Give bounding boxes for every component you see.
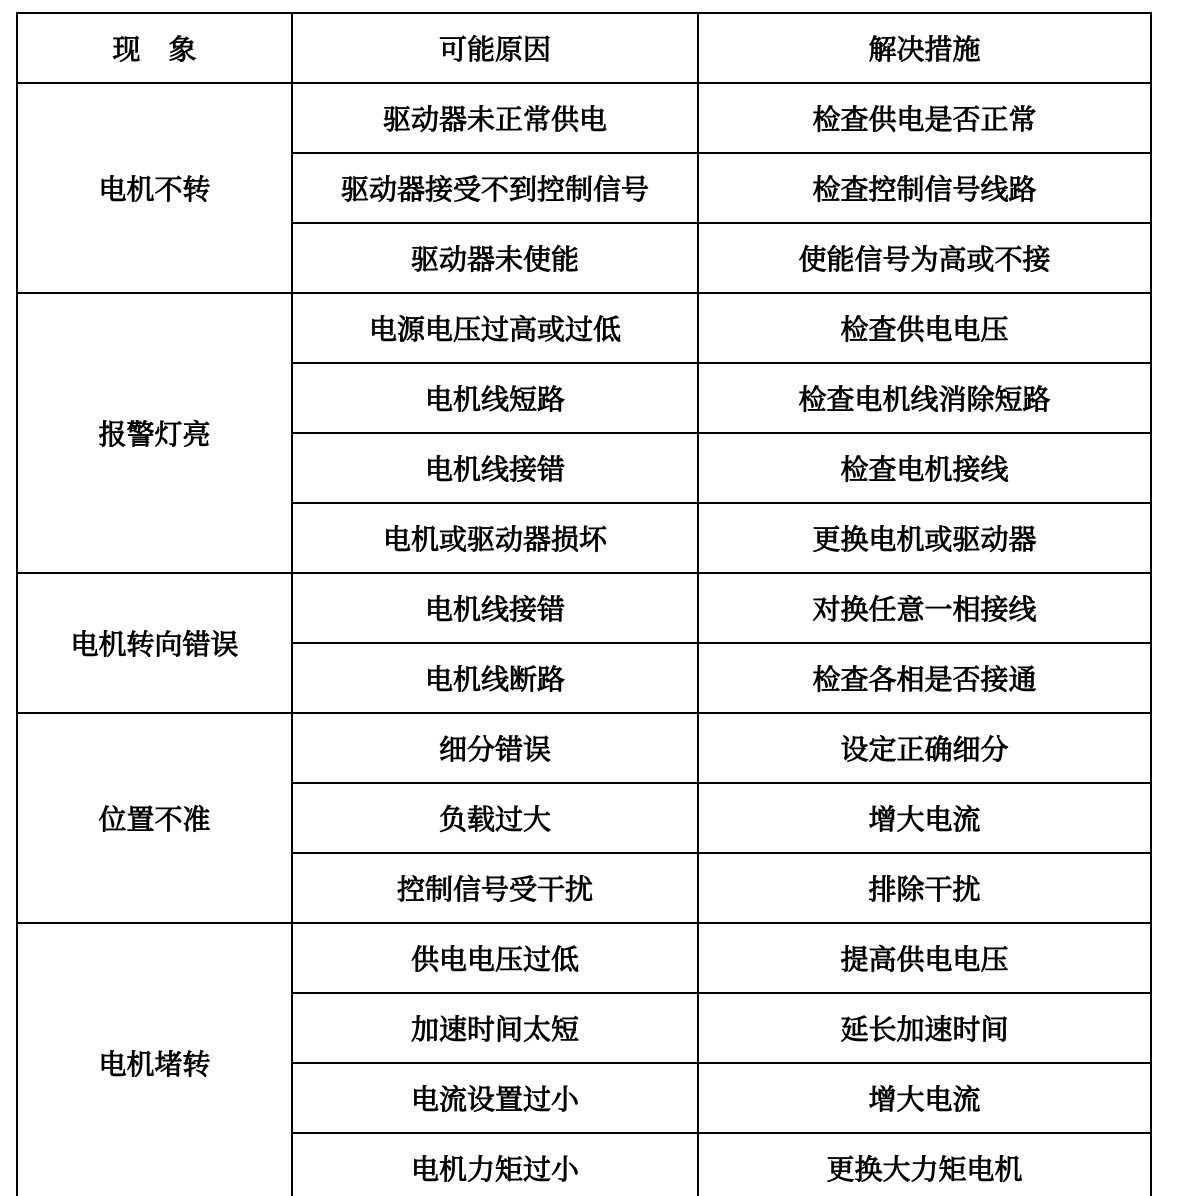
table-row: 电机堵转 供电电压过低 提高供电电压: [17, 923, 1151, 993]
solution-cell: 检查控制信号线路: [698, 153, 1151, 223]
cause-cell: 控制信号受干扰: [292, 853, 698, 923]
phenomenon-cell: 电机不转: [17, 83, 292, 293]
cause-cell: 加速时间太短: [292, 993, 698, 1063]
solution-cell: 使能信号为高或不接: [698, 223, 1151, 293]
cause-cell: 驱动器未使能: [292, 223, 698, 293]
cause-cell: 电机力矩过小: [292, 1133, 698, 1196]
phenomenon-cell: 报警灯亮: [17, 293, 292, 573]
phenomenon-cell: 电机堵转: [17, 923, 292, 1196]
cause-cell: 驱动器未正常供电: [292, 83, 698, 153]
table-row: 电机转向错误 电机线接错 对换任意一相接线: [17, 573, 1151, 643]
table-row: 位置不准 细分错误 设定正确细分: [17, 713, 1151, 783]
cause-cell: 电机线接错: [292, 433, 698, 503]
solution-cell: 检查电机接线: [698, 433, 1151, 503]
document-page: 现 象 可能原因 解决措施 电机不转 驱动器未正常供电 检查供电是否正常 驱动器…: [0, 0, 1182, 1196]
solution-cell: 设定正确细分: [698, 713, 1151, 783]
phenomenon-cell: 位置不准: [17, 713, 292, 923]
solution-cell: 增大电流: [698, 783, 1151, 853]
solution-cell: 提高供电电压: [698, 923, 1151, 993]
column-header-cause: 可能原因: [292, 13, 698, 83]
table-row: 电机不转 驱动器未正常供电 检查供电是否正常: [17, 83, 1151, 153]
solution-cell: 排除干扰: [698, 853, 1151, 923]
solution-cell: 更换大力矩电机: [698, 1133, 1151, 1196]
solution-cell: 检查各相是否接通: [698, 643, 1151, 713]
cause-cell: 电机线短路: [292, 363, 698, 433]
solution-cell: 对换任意一相接线: [698, 573, 1151, 643]
column-header-solution: 解决措施: [698, 13, 1151, 83]
cause-cell: 供电电压过低: [292, 923, 698, 993]
solution-cell: 检查供电是否正常: [698, 83, 1151, 153]
cause-cell: 电机或驱动器损坏: [292, 503, 698, 573]
header-row: 现 象 可能原因 解决措施: [17, 13, 1151, 83]
table-row: 报警灯亮 电源电压过高或过低 检查供电电压: [17, 293, 1151, 363]
solution-cell: 检查电机线消除短路: [698, 363, 1151, 433]
column-header-phenomenon: 现 象: [17, 13, 292, 83]
cause-cell: 电机线接错: [292, 573, 698, 643]
cause-cell: 驱动器接受不到控制信号: [292, 153, 698, 223]
cause-cell: 电源电压过高或过低: [292, 293, 698, 363]
solution-cell: 更换电机或驱动器: [698, 503, 1151, 573]
cause-cell: 电流设置过小: [292, 1063, 698, 1133]
cause-cell: 细分错误: [292, 713, 698, 783]
cause-cell: 负载过大: [292, 783, 698, 853]
cause-cell: 电机线断路: [292, 643, 698, 713]
phenomenon-cell: 电机转向错误: [17, 573, 292, 713]
solution-cell: 增大电流: [698, 1063, 1151, 1133]
troubleshooting-table: 现 象 可能原因 解决措施 电机不转 驱动器未正常供电 检查供电是否正常 驱动器…: [16, 12, 1152, 1196]
solution-cell: 检查供电电压: [698, 293, 1151, 363]
solution-cell: 延长加速时间: [698, 993, 1151, 1063]
